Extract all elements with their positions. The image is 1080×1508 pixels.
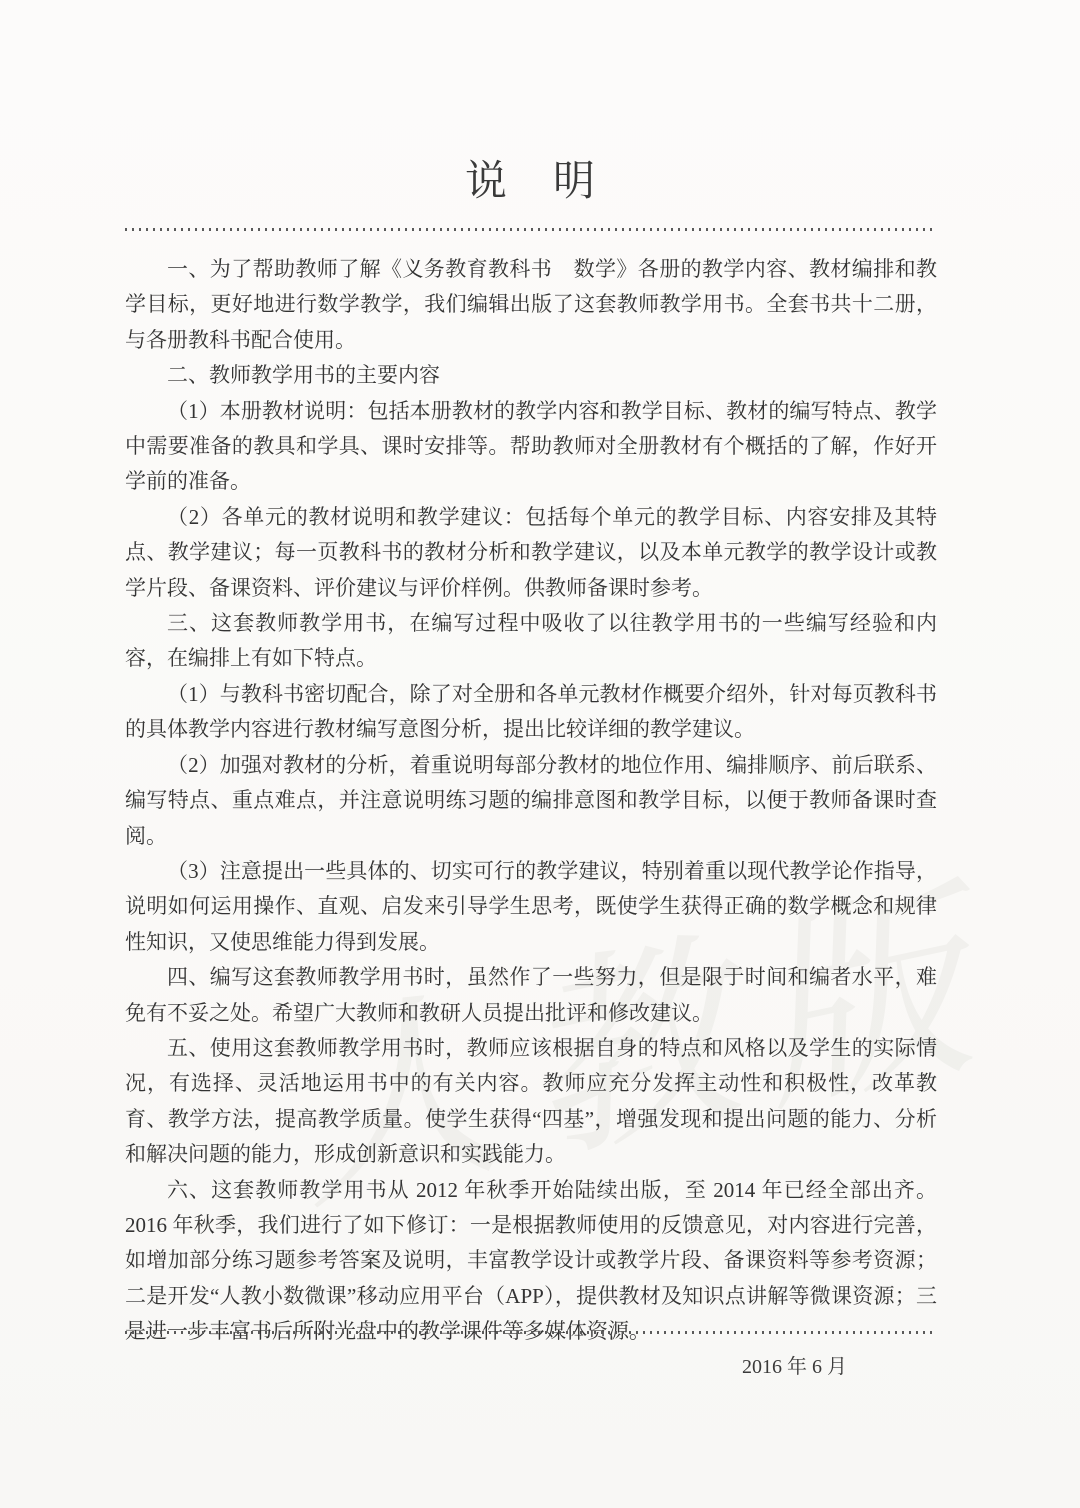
bottom-dotted-divider (125, 1331, 937, 1334)
publication-date: 2016 年 6 月 (125, 1350, 937, 1385)
paragraph: 三、这套教师教学用书，在编写过程中吸收了以往教学用书的一些编写经验和内容，在编排… (125, 606, 937, 677)
paragraph: （2）各单元的教材说明和教学建议：包括每个单元的教学目标、内容安排及其特点、教学… (125, 500, 937, 606)
paragraph: （1）与教科书密切配合，除了对全册和各单元教材作概要介绍外，针对每页教科书的具体… (125, 677, 937, 748)
paragraph: （3）注意提出一些具体的、切实可行的教学建议，特别着重以现代教学论作指导，说明如… (125, 854, 937, 960)
paragraph: 二、教师教学用书的主要内容 (125, 358, 937, 393)
paragraph: 四、编写这套教师教学用书时，虽然作了一些努力，但是限于时间和编者水平，难免有不妥… (125, 960, 937, 1031)
page-title: 说 明 (125, 148, 937, 208)
top-dotted-divider (125, 228, 937, 231)
paragraph: 五、使用这套教师教学用书时，教师应该根据自身的特点和风格以及学生的实际情况，有选… (125, 1031, 937, 1173)
paragraph: 六、这套教师教学用书从 2012 年秋季开始陆续出版，至 2014 年已经全部出… (125, 1173, 937, 1350)
document-body: 一、为了帮助教师了解《义务教育教科书 数学》各册的教学内容、教材编排和教学目标，… (125, 252, 937, 1385)
paragraph: （1）本册教材说明：包括本册教材的教学内容和教学目标、教材的编写特点、教学中需要… (125, 394, 937, 500)
paragraph: 一、为了帮助教师了解《义务教育教科书 数学》各册的教学内容、教材编排和教学目标，… (125, 252, 937, 358)
scanned-document-page: 人教版 说 明 一、为了帮助教师了解《义务教育教科书 数学》各册的教学内容、教材… (0, 0, 1080, 1508)
paragraph: （2）加强对教材的分析，着重说明每部分教材的地位作用、编排顺序、前后联系、编写特… (125, 748, 937, 854)
